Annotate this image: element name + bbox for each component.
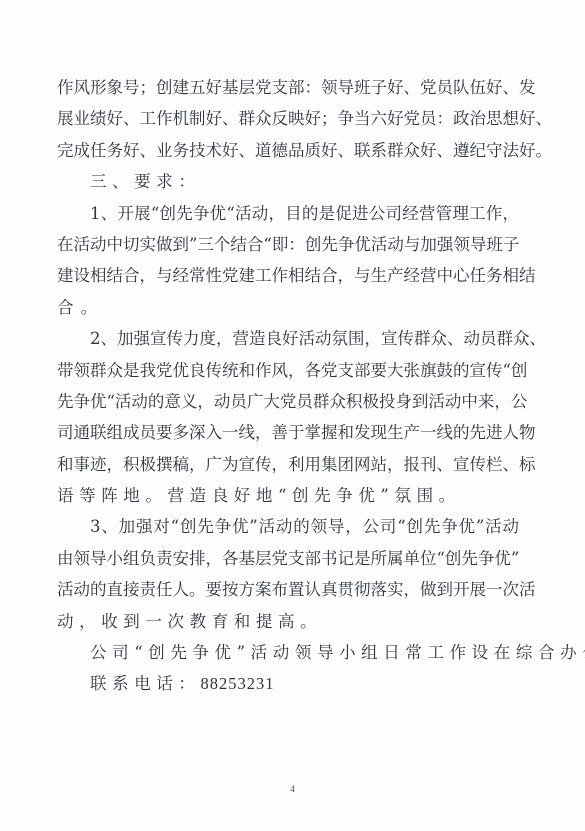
item3-line: 由领导小组负责安排，各基层党支部书记是所属单位“创先争优” — [57, 543, 519, 574]
section-heading: 三、要求： — [57, 166, 519, 197]
item2-line: 先争优“活动的意义，动员广大党员群众积极投身到活动中来，公 — [57, 386, 519, 417]
item2-line: 2、加强宣传力度，营造良好活动氛围，宣传群众、动员群众、 — [57, 323, 519, 354]
contact-line: 联系电话：88253231 — [57, 668, 519, 699]
item2-line: 语等阵地。营造良好地“创先争优”氛围。 — [57, 480, 519, 511]
page-number: 4 — [0, 784, 585, 794]
item1-line: 1、开展“创先争优“活动，目的是促进公司经营管理工作， — [57, 198, 519, 229]
item3-line: 活动的直接责任人。要按方案布置认真贯彻落实，做到开展一次活 — [57, 574, 519, 605]
document-body: 作风形象号；创建五好基层党支部：领导班子好、党员队伍好、发 展业绩好、工作机制好… — [57, 72, 519, 700]
paragraph-line: 完成任务好、业务技术好、道德品质好、联系群众好、遵纪守法好。 — [57, 135, 519, 166]
item2-line: 司通联组成员要多深入一线，善于掌握和发现生产一线的先进人物 — [57, 417, 519, 448]
item1-line: 合。 — [57, 292, 519, 323]
paragraph-line: 展业绩好、工作机制好、群众反映好；争当六好党员：政治思想好、 — [57, 103, 519, 134]
item1-line: 在活动中切实做到”三个结合“即：创先争优活动与加强领导班子 — [57, 229, 519, 260]
item3-line: 动，收到一次教育和提高。 — [57, 606, 519, 637]
item2-line: 带领群众是我党优良传统和作风，各党支部要大张旗鼓的宣传“创 — [57, 355, 519, 386]
item2-line: 和事迹，积极撰稿，广为宣传，利用集团网站，报刊、宣传栏、标 — [57, 449, 519, 480]
office-note: 公司“创先争优”活动领导小组日常工作设在综合办公室。 — [57, 637, 519, 668]
item3-line: 3、加强对“创先争优”活动的领导，公司“创先争优”活动 — [57, 511, 519, 542]
document-page: 作风形象号；创建五好基层党支部：领导班子好、党员队伍好、发 展业绩好、工作机制好… — [0, 0, 585, 831]
item1-line: 建设相结合，与经常性党建工作相结合，与生产经营中心任务相结 — [57, 260, 519, 291]
contact-phone: 88253231 — [201, 674, 275, 693]
paragraph-line: 作风形象号；创建五好基层党支部：领导班子好、党员队伍好、发 — [57, 72, 519, 103]
contact-label: 联系电话： — [90, 674, 201, 693]
